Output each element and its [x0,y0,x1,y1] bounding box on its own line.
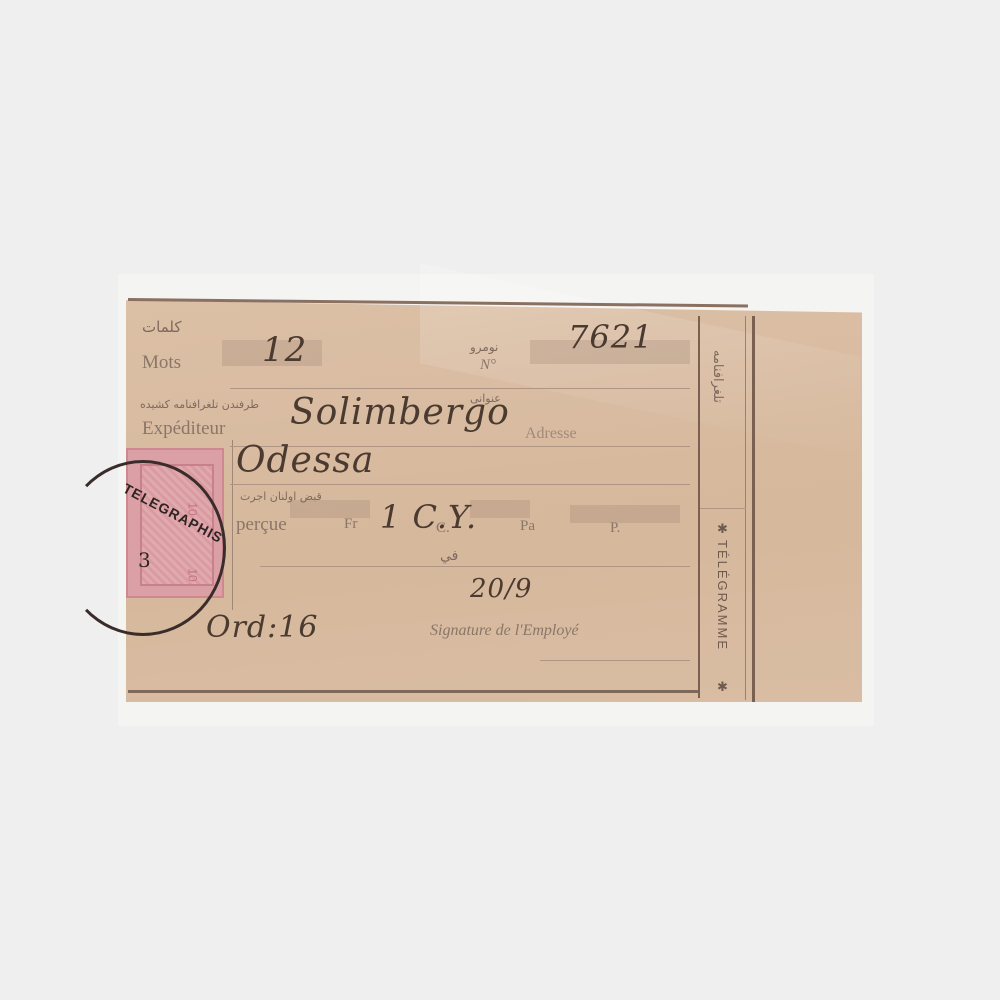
currency-p: P. [610,520,620,537]
date-label-ar: في [440,548,458,564]
signature-label: Signature de l'Employé [430,622,579,640]
address-label: Adresse [525,425,577,443]
line-address-2 [230,484,690,485]
sender-value: Solimbergo [290,392,510,433]
line-signature [540,660,690,661]
received-label-ar: قبض اولنان اجرت [240,490,322,503]
currency-fr: Fr [344,516,357,533]
received-value: 1 C.Y. [380,498,477,536]
number-value: 7621 [568,318,653,356]
ornament-icon-bottom: ✱ [716,680,731,697]
address-value: Odessa [236,440,374,481]
line-date [260,566,690,567]
sender-label-ar: طرفندن تلغرافنامه كشيده [140,398,259,411]
sender-label: Expéditeur [142,418,225,440]
words-label-ar: كلمات [142,318,181,336]
words-value: 12 [262,330,307,370]
pa-box [570,505,680,523]
stamp-box-rule [232,440,233,610]
postmark-digit: 3 [138,548,152,572]
line-sender [230,388,690,389]
number-label: N° [480,357,496,374]
title-arabic: تلغرافنامه [710,350,725,403]
column-divider-thick [752,316,755,702]
received-label: perçue [236,514,287,536]
signature-value: Ord:16 [206,610,318,645]
title-vertical: TÉLÉGRAMME [715,540,730,651]
date-value: 20/9 [470,574,532,604]
currency-pa: Pa [520,518,535,535]
title-box-divider [700,508,746,509]
words-label: Mots [142,352,181,374]
number-label-ar: نومرو [470,340,498,354]
cy-box [470,500,530,518]
bottom-border [128,690,698,693]
column-divider [698,316,700,698]
ornament-icon: ✱ [716,522,731,539]
